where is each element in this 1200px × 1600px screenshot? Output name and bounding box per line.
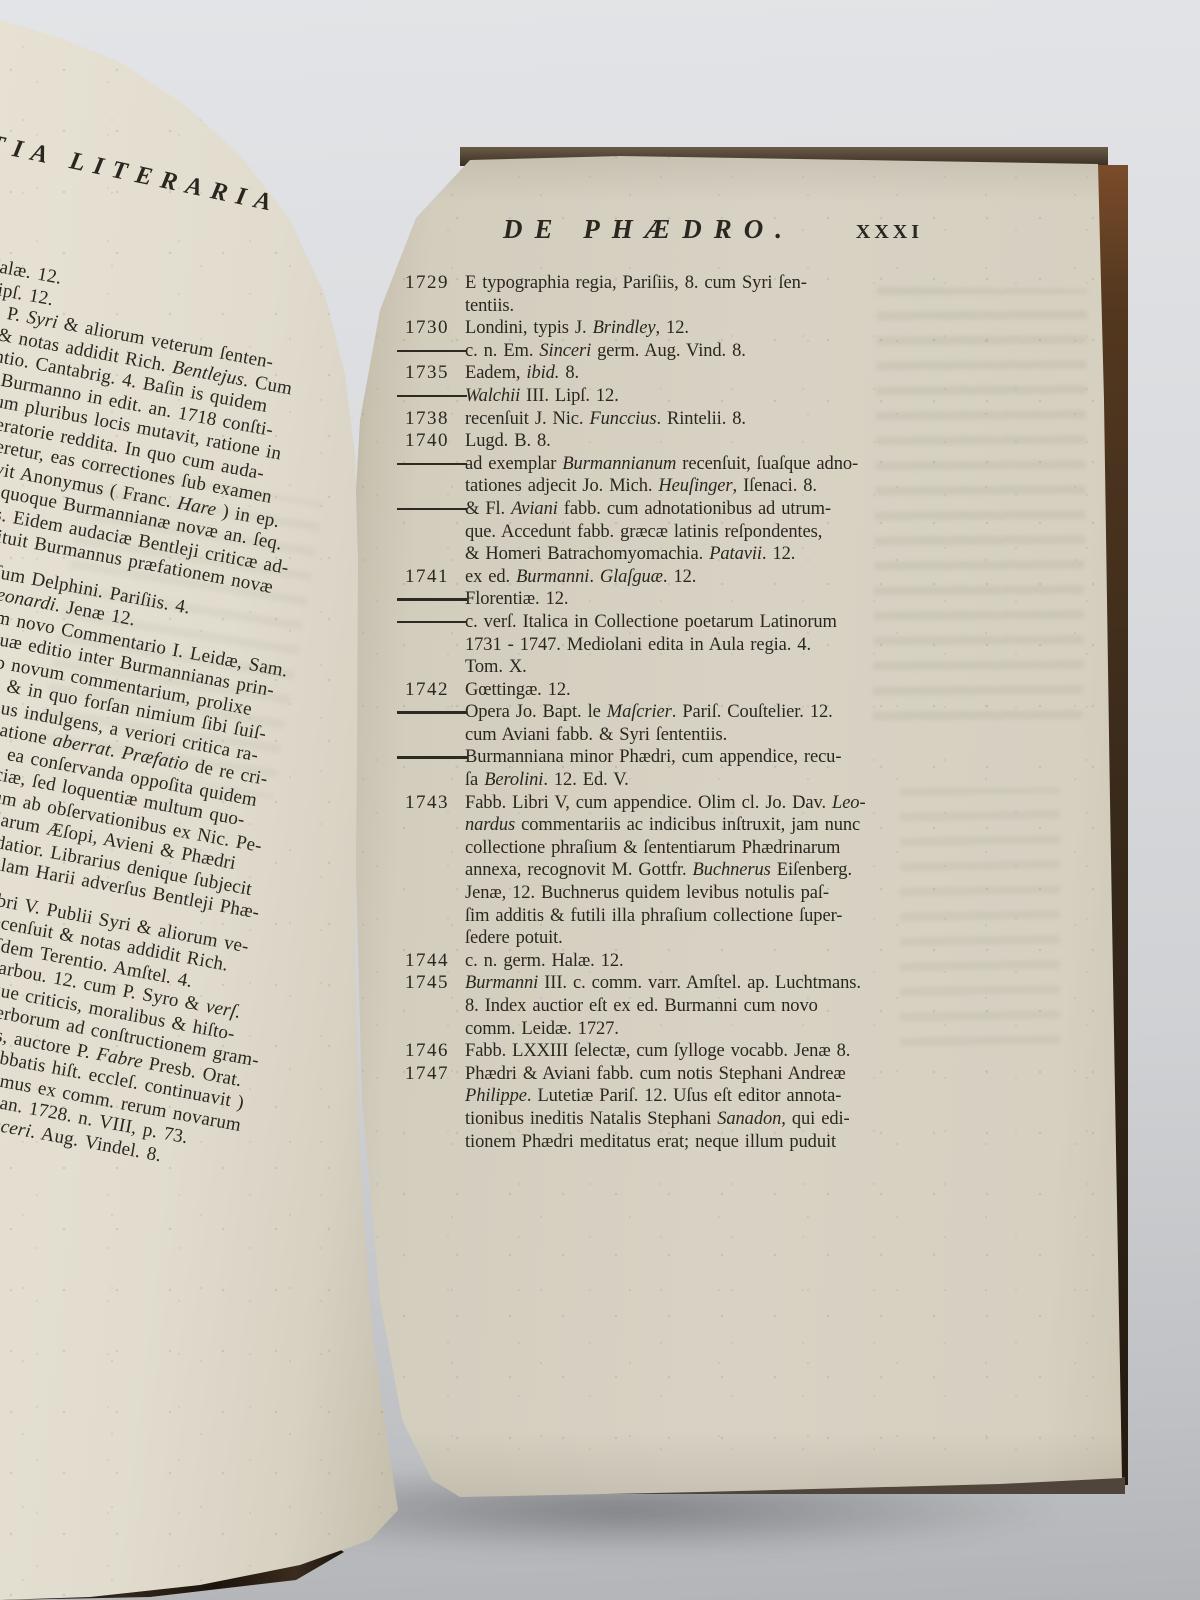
entry-ditto-dash bbox=[405, 385, 465, 408]
entry-text: Burmanni III. c. comm. varr. Amſtel. ap.… bbox=[465, 972, 925, 1040]
entry-year: 1742 bbox=[405, 679, 465, 702]
entry-text-line: Gœttingæ. 12. bbox=[465, 679, 925, 702]
entry-row: Walchii III. Lipſ. 12. bbox=[405, 385, 925, 408]
entry-text-line: E typographia regia, Pariſiis, 8. cum Sy… bbox=[465, 272, 925, 295]
running-header: DE PHÆDRO. XXXI bbox=[405, 214, 925, 245]
right-page-content: DE PHÆDRO. XXXI 1729E typographia regia,… bbox=[405, 214, 925, 1153]
entry-row: 1747Phædri & Aviani fabb. cum notis Step… bbox=[405, 1063, 925, 1153]
entry-ditto-dash bbox=[405, 498, 465, 566]
entry-text: E typographia regia, Pariſiis, 8. cum Sy… bbox=[465, 272, 925, 317]
entry-text: c. n. Em. Sinceri germ. Aug. Vind. 8. bbox=[465, 340, 925, 363]
entry-text-line: ſedere potuit. bbox=[465, 927, 925, 950]
entry-row: 1743Fabb. Libri V, cum appendice. Olim c… bbox=[405, 792, 925, 950]
entry-row: 1741ex ed. Burmanni. Glaſguæ. 12. bbox=[405, 566, 925, 589]
entry-text-line: Phædri & Aviani fabb. cum notis Stephani… bbox=[465, 1063, 925, 1086]
entry-year: 1738 bbox=[405, 408, 465, 431]
entry-text: Florentiæ. 12. bbox=[465, 588, 925, 611]
entry-text-line: c. n. germ. Halæ. 12. bbox=[465, 950, 925, 973]
entry-row: 1746Fabb. LXXIII ſelectæ, cum ſylloge vo… bbox=[405, 1040, 925, 1063]
entry-year: 1743 bbox=[405, 792, 465, 950]
entry-text: c. n. germ. Halæ. 12. bbox=[465, 950, 925, 973]
entry-text: Eadem, ibid. 8. bbox=[465, 362, 925, 385]
entry-row: 1729E typographia regia, Pariſiis, 8. cu… bbox=[405, 272, 925, 317]
entry-row: 1740Lugd. B. 8. bbox=[405, 430, 925, 453]
ditto-dash-rule bbox=[397, 598, 467, 600]
entry-text-line: tentiis. bbox=[465, 295, 925, 318]
entry-text-line: Florentiæ. 12. bbox=[465, 588, 925, 611]
entry-text-line: Fabb. LXXIII ſelectæ, cum ſylloge vocabb… bbox=[465, 1040, 925, 1063]
entry-text-line: tionibus ineditis Natalis Stephani Sanad… bbox=[465, 1108, 925, 1131]
bibliography-entries: 1729E typographia regia, Pariſiis, 8. cu… bbox=[405, 272, 925, 1153]
entry-text-line: que. Accedunt fabb. græcæ latinis reſpon… bbox=[465, 521, 925, 544]
entry-text: Opera Jo. Bapt. le Maſcrier. Pariſ. Couſ… bbox=[465, 701, 925, 746]
entry-row: c. verſ. Italica in Collectione poetarum… bbox=[405, 611, 925, 679]
entry-year: 1747 bbox=[405, 1063, 465, 1153]
entry-row: 1738recenſuit J. Nic. Funccius. Rintelii… bbox=[405, 408, 925, 431]
entry-text-line: Fabb. Libri V, cum appendice. Olim cl. J… bbox=[465, 792, 925, 815]
book-photo: DE PHÆDRO. XXXI 1729E typographia regia,… bbox=[0, 0, 1200, 1600]
ditto-dash-rule bbox=[397, 463, 467, 465]
entry-year: 1730 bbox=[405, 317, 465, 340]
entry-row: 1742Gœttingæ. 12. bbox=[405, 679, 925, 702]
ditto-dash-rule bbox=[397, 508, 467, 510]
entry-text: Londini, typis J. Brindley, 12. bbox=[465, 317, 925, 340]
entry-row: Burmanniana minor Phædri, cum appendice,… bbox=[405, 746, 925, 791]
entry-text: recenſuit J. Nic. Funccius. Rintelii. 8. bbox=[465, 408, 925, 431]
entry-text-line: Londini, typis J. Brindley, 12. bbox=[465, 317, 925, 340]
entry-text-line: & Homeri Batrachomyomachia. Patavii. 12. bbox=[465, 543, 925, 566]
entry-ditto-dash bbox=[405, 611, 465, 679]
entry-text-line: Burmanni III. c. comm. varr. Amſtel. ap.… bbox=[465, 972, 925, 995]
entry-year: 1735 bbox=[405, 362, 465, 385]
entry-text-line: Eadem, ibid. 8. bbox=[465, 362, 925, 385]
entry-ditto-dash bbox=[405, 746, 465, 791]
entry-text: Fabb. Libri V, cum appendice. Olim cl. J… bbox=[465, 792, 925, 950]
entry-text-line: Jenæ, 12. Buchnerus quidem levibus notul… bbox=[465, 882, 925, 905]
ditto-dash-rule bbox=[397, 350, 467, 352]
entry-year: 1729 bbox=[405, 272, 465, 317]
entry-year: 1744 bbox=[405, 950, 465, 973]
entry-row: 1745Burmanni III. c. comm. varr. Amſtel.… bbox=[405, 972, 925, 1040]
entry-text-line: collectione phraſium & ſententiarum Phæd… bbox=[465, 837, 925, 860]
entry-text-line: & Fl. Aviani fabb. cum adnotationibus ad… bbox=[465, 498, 925, 521]
entry-row: 1744c. n. germ. Halæ. 12. bbox=[405, 950, 925, 973]
entry-year: 1746 bbox=[405, 1040, 465, 1063]
entry-text-line: 1731 - 1747. Mediolani edita in Aula reg… bbox=[465, 634, 925, 657]
entry-ditto-dash bbox=[405, 588, 465, 611]
entry-text: ad exemplar Burmannianum recenſuit, ſuaſ… bbox=[465, 453, 925, 498]
entry-text: Gœttingæ. 12. bbox=[465, 679, 925, 702]
entry-text: & Fl. Aviani fabb. cum adnotationibus ad… bbox=[465, 498, 925, 566]
ditto-dash-rule bbox=[397, 711, 467, 713]
entry-year: 1745 bbox=[405, 972, 465, 1040]
entry-text-line: 8. Index auctior eſt ex ed. Burmanni cum… bbox=[465, 995, 925, 1018]
entry-row: ad exemplar Burmannianum recenſuit, ſuaſ… bbox=[405, 453, 925, 498]
ditto-dash-rule bbox=[397, 395, 467, 397]
chapter-title: DE PHÆDRO. bbox=[503, 214, 794, 245]
entry-text-line: Opera Jo. Bapt. le Maſcrier. Pariſ. Couſ… bbox=[465, 701, 925, 724]
entry-text: Fabb. LXXIII ſelectæ, cum ſylloge vocabb… bbox=[465, 1040, 925, 1063]
entry-text-line: cum Aviani fabb. & Syri ſententiis. bbox=[465, 724, 925, 747]
ditto-dash-rule bbox=[397, 756, 467, 758]
entry-text: c. verſ. Italica in Collectione poetarum… bbox=[465, 611, 925, 679]
entry-year: 1741 bbox=[405, 566, 465, 589]
entry-text-line: Tom. X. bbox=[465, 656, 925, 679]
entry-text: Phædri & Aviani fabb. cum notis Stephani… bbox=[465, 1063, 925, 1153]
ditto-dash-rule bbox=[397, 621, 467, 623]
entry-text-line: c. n. Em. Sinceri germ. Aug. Vind. 8. bbox=[465, 340, 925, 363]
entry-text-line: c. verſ. Italica in Collectione poetarum… bbox=[465, 611, 925, 634]
entry-text: Walchii III. Lipſ. 12. bbox=[465, 385, 925, 408]
entry-text-line: Walchii III. Lipſ. 12. bbox=[465, 385, 925, 408]
entry-text: Burmanniana minor Phædri, cum appendice,… bbox=[465, 746, 925, 791]
entry-text-line: nardus commentariis ac indicibus inſtrux… bbox=[465, 814, 925, 837]
page-number: XXXI bbox=[856, 221, 923, 244]
entry-row: c. n. Em. Sinceri germ. Aug. Vind. 8. bbox=[405, 340, 925, 363]
entry-row: 1735Eadem, ibid. 8. bbox=[405, 362, 925, 385]
entry-text: ex ed. Burmanni. Glaſguæ. 12. bbox=[465, 566, 925, 589]
entry-text-line: Philippe. Lutetiæ Pariſ. 12. Uſus eſt ed… bbox=[465, 1085, 925, 1108]
entry-text-line: Burmanniana minor Phædri, cum appendice,… bbox=[465, 746, 925, 769]
right-page: DE PHÆDRO. XXXI 1729E typographia regia,… bbox=[340, 148, 1140, 1512]
entry-row: 1730Londini, typis J. Brindley, 12. bbox=[405, 317, 925, 340]
entry-row: & Fl. Aviani fabb. cum adnotationibus ad… bbox=[405, 498, 925, 566]
entry-ditto-dash bbox=[405, 701, 465, 746]
entry-text-line: comm. Leidæ. 1727. bbox=[465, 1018, 925, 1041]
entry-text-line: annexa, recognovit M. Gottfr. Buchnerus … bbox=[465, 859, 925, 882]
entry-ditto-dash bbox=[405, 453, 465, 498]
entry-text-line: Lugd. B. 8. bbox=[465, 430, 925, 453]
entry-text-line: tionem Phædri meditatus erat; neque illu… bbox=[465, 1131, 925, 1154]
entry-ditto-dash bbox=[405, 340, 465, 363]
entry-text-line: ex ed. Burmanni. Glaſguæ. 12. bbox=[465, 566, 925, 589]
entry-text-line: recenſuit J. Nic. Funccius. Rintelii. 8. bbox=[465, 408, 925, 431]
entry-text: Lugd. B. 8. bbox=[465, 430, 925, 453]
entry-text-line: ad exemplar Burmannianum recenſuit, ſuaſ… bbox=[465, 453, 925, 476]
entry-row: Opera Jo. Bapt. le Maſcrier. Pariſ. Couſ… bbox=[405, 701, 925, 746]
entry-text-line: tationes adjecit Jo. Mich. Heuſinger, Iſ… bbox=[465, 475, 925, 498]
entry-year: 1740 bbox=[405, 430, 465, 453]
entry-text-line: ſim additis & futili illa phraſium colle… bbox=[465, 905, 925, 928]
entry-text-line: ſa Berolini. 12. Ed. V. bbox=[465, 769, 925, 792]
entry-row: Florentiæ. 12. bbox=[405, 588, 925, 611]
